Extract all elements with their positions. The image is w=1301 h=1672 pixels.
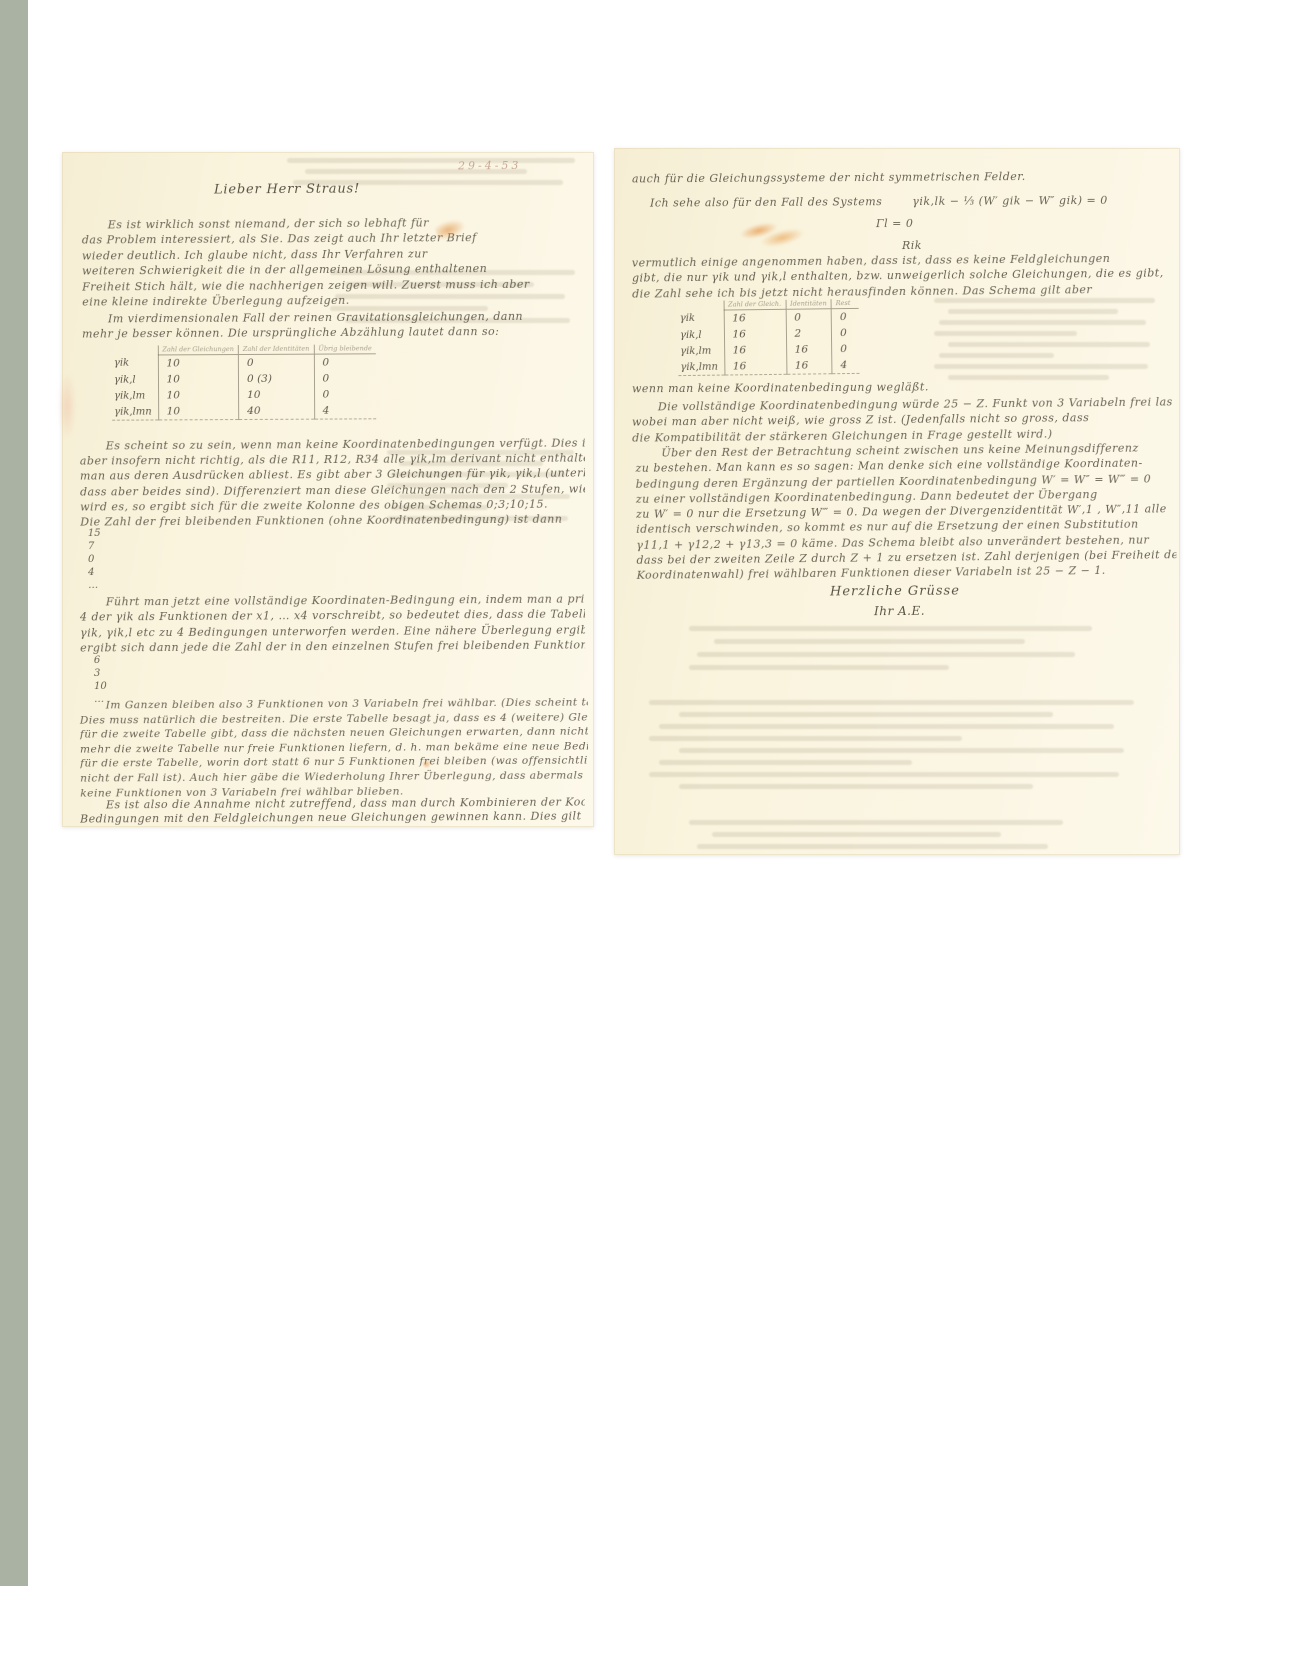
- hw-line: Bedingungen mit den Feldgleichungen neue…: [80, 809, 585, 826]
- hw-line: 4: [88, 566, 101, 579]
- table-cell: 4: [832, 357, 859, 374]
- table-cell: 10: [239, 387, 315, 403]
- table-cell: 16: [724, 342, 786, 359]
- table-col-header: Identitäten: [786, 299, 832, 309]
- formula-ricci: Rik: [902, 238, 922, 254]
- table-cell: 0 (3): [238, 371, 314, 387]
- ghost-line: [948, 342, 1150, 347]
- table-cell: 16: [724, 326, 786, 343]
- hw-line: 6: [94, 654, 107, 667]
- ghost-line: [689, 665, 949, 670]
- table-col-header: Zahl der Gleichungen: [158, 345, 239, 355]
- show-through-text: [689, 820, 1079, 856]
- ghost-line: [649, 700, 1134, 705]
- ghost-line: [689, 626, 1092, 631]
- ink-stain-swirl: [736, 207, 809, 260]
- ghost-line: [659, 760, 912, 765]
- paper-edge-stain: [59, 374, 75, 438]
- ghost-line: [679, 748, 1123, 753]
- table-footnote-line: wenn man keine Koordinatenbedingung wegl…: [632, 379, 1052, 397]
- table-cell: 0: [314, 370, 376, 386]
- letter-page-2: auch für die Gleichungssysteme der nicht…: [614, 148, 1180, 855]
- table-col-header: Zahl der Identitäten: [238, 345, 314, 355]
- statement-text: Ich sehe also für den Fall des Systems: [650, 195, 882, 209]
- table-cell: 0: [786, 309, 832, 326]
- ghost-line: [649, 772, 1119, 777]
- table-cell: 2: [786, 325, 832, 342]
- paragraph-9: Über den Rest der Betrachtung scheint zw…: [635, 440, 1176, 583]
- letter-date: 29-4-53: [458, 158, 578, 174]
- paragraph-4: Führt man jetzt eine vollständige Koordi…: [80, 591, 585, 656]
- signature: Ihr A.E.: [874, 604, 925, 620]
- row-label: γik: [678, 310, 724, 327]
- ghost-line: [934, 364, 1148, 369]
- ghost-line: [948, 309, 1118, 314]
- paragraph-6: Es ist also die Annahme nicht zutreffend…: [80, 795, 585, 826]
- hw-line: 0: [88, 553, 101, 566]
- table-cell: 0: [314, 386, 376, 402]
- field-equation-formula: γik,lk − ⅓ (W′ gik − W″ gik) = 0: [912, 193, 1108, 210]
- paragraph-2: Im vierdimensionalen Fall der reinen Gra…: [82, 308, 580, 342]
- show-through-text: [649, 700, 1154, 796]
- ghost-line: [697, 844, 1048, 849]
- table-cell: 0: [831, 325, 858, 341]
- ghost-line: [679, 784, 1033, 789]
- row-label: γik,lmn: [678, 359, 724, 376]
- table-col-header: Übrig bleibende: [314, 344, 376, 354]
- ghost-line: [659, 724, 1114, 729]
- equation-count-table-2: Zahl der Gleich.IdentitätenRestγik1600γi…: [678, 299, 860, 376]
- ghost-line: [934, 298, 1155, 303]
- hw-line: Die Zahl der frei bleibenden Funktionen …: [80, 511, 585, 529]
- table-corner: [112, 345, 158, 355]
- paragraph-3: Es scheint so zu sein, wenn man keine Ko…: [80, 435, 586, 529]
- hw-line: nicht der Fall ist). Auch hier gäbe die …: [80, 768, 588, 786]
- system-statement-line: Ich sehe also für den Fall des Systems γ…: [650, 192, 1170, 211]
- table-cell: 40: [239, 403, 315, 420]
- number-column-1: 15704…: [88, 527, 101, 592]
- table-cell: 0: [831, 308, 858, 325]
- row-label: γik,lmn: [112, 403, 158, 420]
- paragraph-8: Die vollständige Koordinatenbedingung wü…: [632, 394, 1172, 445]
- closing-greeting: Herzliche Grüsse: [830, 584, 960, 600]
- hw-line: 7: [88, 540, 101, 553]
- hw-line: ergibt sich dann jede die Zahl der in de…: [80, 638, 585, 656]
- hw-line: Freiheit Stich hält, wie die nachherigen…: [82, 276, 580, 294]
- table-cell: 0: [238, 354, 314, 371]
- table-cell: 4: [314, 402, 376, 419]
- formula-gamma-condition: Γl = 0: [876, 216, 913, 232]
- hw-line: 15: [88, 527, 101, 540]
- table-row: γik,l100 (3)0: [112, 370, 376, 387]
- ghost-line: [689, 820, 1063, 825]
- table-cell: 16: [724, 358, 786, 375]
- table-cell: 10: [158, 403, 239, 420]
- continuation-line: auch für die Gleichungssysteme der nicht…: [632, 169, 1102, 187]
- scanned-letter-canvas: 29-4-53 Lieber Herr Straus! Es ist wirkl…: [0, 0, 1301, 1672]
- table-cell: 10: [158, 355, 239, 372]
- table-row: γik,lm10100: [112, 386, 376, 403]
- row-label: γik,lm: [112, 387, 158, 403]
- salutation: Lieber Herr Straus!: [214, 182, 360, 198]
- hw-line: 10: [94, 680, 107, 693]
- table-cell: 16: [786, 341, 832, 358]
- show-through-text: [934, 298, 1164, 386]
- row-label: γik,lm: [678, 343, 724, 360]
- table-cell: 10: [158, 387, 239, 403]
- paragraph-5: Im Ganzen bleiben also 3 Funktionen von …: [80, 695, 589, 800]
- table-cell: 0: [314, 354, 376, 371]
- show-through-text: [689, 626, 1109, 678]
- hw-line: mehr je besser können. Die ursprüngliche…: [82, 324, 580, 342]
- ghost-line: [649, 736, 962, 741]
- equation-count-table-1: Zahl der GleichungenZahl der Identitäten…: [112, 344, 376, 420]
- table-corner: [678, 301, 724, 311]
- hw-line: 3: [94, 667, 107, 680]
- hw-line: eine kleine indirekte Überlegung aufzeig…: [82, 292, 580, 310]
- ghost-line: [679, 712, 1053, 717]
- table-cell: 10: [158, 371, 239, 387]
- ghost-line: [934, 331, 1077, 336]
- ghost-line: [712, 832, 1001, 837]
- left-edge-stripe: [0, 0, 28, 1586]
- row-label: γik,l: [678, 327, 724, 344]
- paragraph-7: vermutlich einige angenommen haben, dass…: [632, 250, 1167, 301]
- row-label: γik,l: [112, 371, 158, 387]
- table-cell: 16: [786, 357, 832, 374]
- hw-line: …: [88, 579, 101, 592]
- table-row: γik1000: [112, 354, 376, 372]
- table-cell: 16: [724, 309, 786, 326]
- row-label: γik: [112, 355, 158, 372]
- table-row: γik,lmn16164: [678, 357, 859, 376]
- letter-page-1: 29-4-53 Lieber Herr Straus! Es ist wirkl…: [62, 152, 594, 827]
- ghost-line: [939, 320, 1146, 325]
- ghost-line: [939, 353, 1054, 358]
- ghost-line: [714, 639, 1025, 644]
- ghost-line: [697, 652, 1075, 657]
- table-cell: 0: [832, 341, 859, 357]
- table-row: γik,lmn10404: [112, 402, 376, 420]
- paragraph-1: Es ist wirklich sonst niemand, der sich …: [82, 214, 581, 309]
- table-col-header: Rest: [831, 299, 858, 309]
